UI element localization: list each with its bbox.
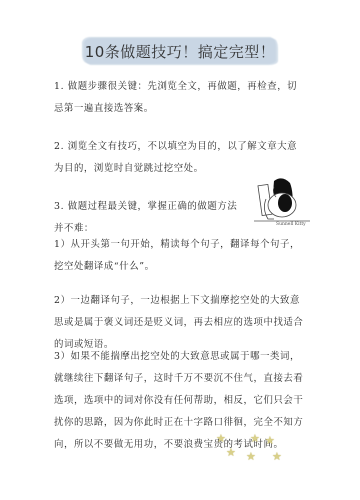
- tip-paragraph-2: 2. 浏览全文有技巧，不以填空为目的，以了解文章大意为目的，浏览时自觉跳过挖空处…: [54, 136, 306, 180]
- star-icon: ★: [265, 434, 275, 447]
- page-title: 10条做题技巧！搞定完型！: [85, 41, 276, 62]
- star-icon: ★: [272, 450, 282, 463]
- stars-decoration: ★ ★ ★ ★ ★ ★: [210, 430, 310, 475]
- star-icon: ★: [216, 432, 226, 445]
- star-icon: ★: [250, 432, 260, 445]
- document-page: 10条做题技巧！搞定完型！ 1. 做题步骤很关键：先浏览全文，再做题，再检查，切…: [0, 0, 360, 500]
- reading-girl-illustration-icon: [252, 175, 314, 227]
- title-banner: 10条做题技巧！搞定完型！: [84, 38, 276, 64]
- tip-paragraph-1: 1. 做题步骤很关键：先浏览全文，再做题，再检查，切忌第一遍直接选答案。: [54, 76, 306, 120]
- illustration-caption: Sunnell Kitty: [276, 222, 306, 227]
- tip-paragraph-3-1: 1）从开头第一句开始，精读每个句子，翻译每个句子，挖空处翻译成“什么”。: [54, 234, 306, 278]
- star-icon: ★: [246, 450, 256, 463]
- star-icon: ★: [226, 446, 236, 459]
